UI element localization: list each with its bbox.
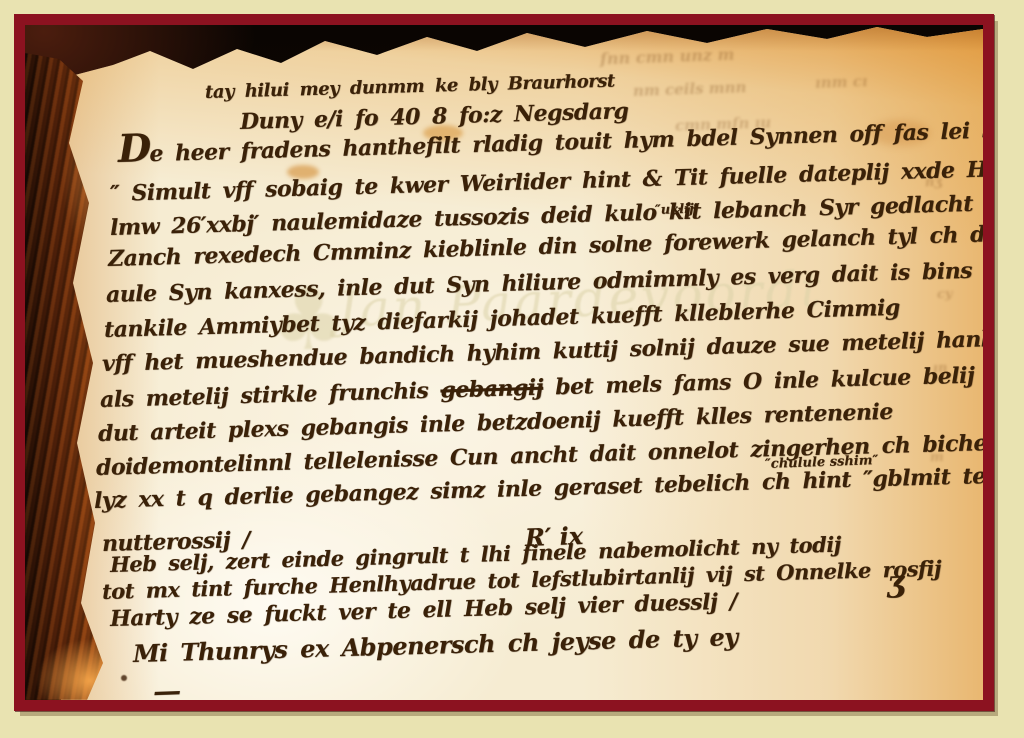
marginal-note: ″uklij″ (655, 201, 700, 218)
marginal-note: R′ ix (524, 521, 583, 552)
marginal-note: — (152, 674, 181, 700)
manuscript-text-layer: tay hilui mey dunmm ke bly BraurhorstDun… (25, 25, 983, 700)
manuscript-line: tay hilui mey dunmm ke bly Braurhorst (205, 71, 615, 103)
photo-frame: ♣ Jan Paardevoordt ſnn cmn unz mnm ceils… (14, 14, 994, 711)
frame-mat: ♣ Jan Paardevoordt ſnn cmn unz mnm ceils… (0, 0, 1024, 738)
photograph: ♣ Jan Paardevoordt ſnn cmn unz mnm ceils… (25, 25, 983, 700)
manuscript-line: Mi Thunrys ex Abpenersch ch jeyse de ty … (133, 622, 738, 668)
initial-letter: D (117, 126, 150, 172)
strikethrough-word: gebangij (440, 375, 543, 404)
marginal-note: ʒ (886, 564, 904, 600)
